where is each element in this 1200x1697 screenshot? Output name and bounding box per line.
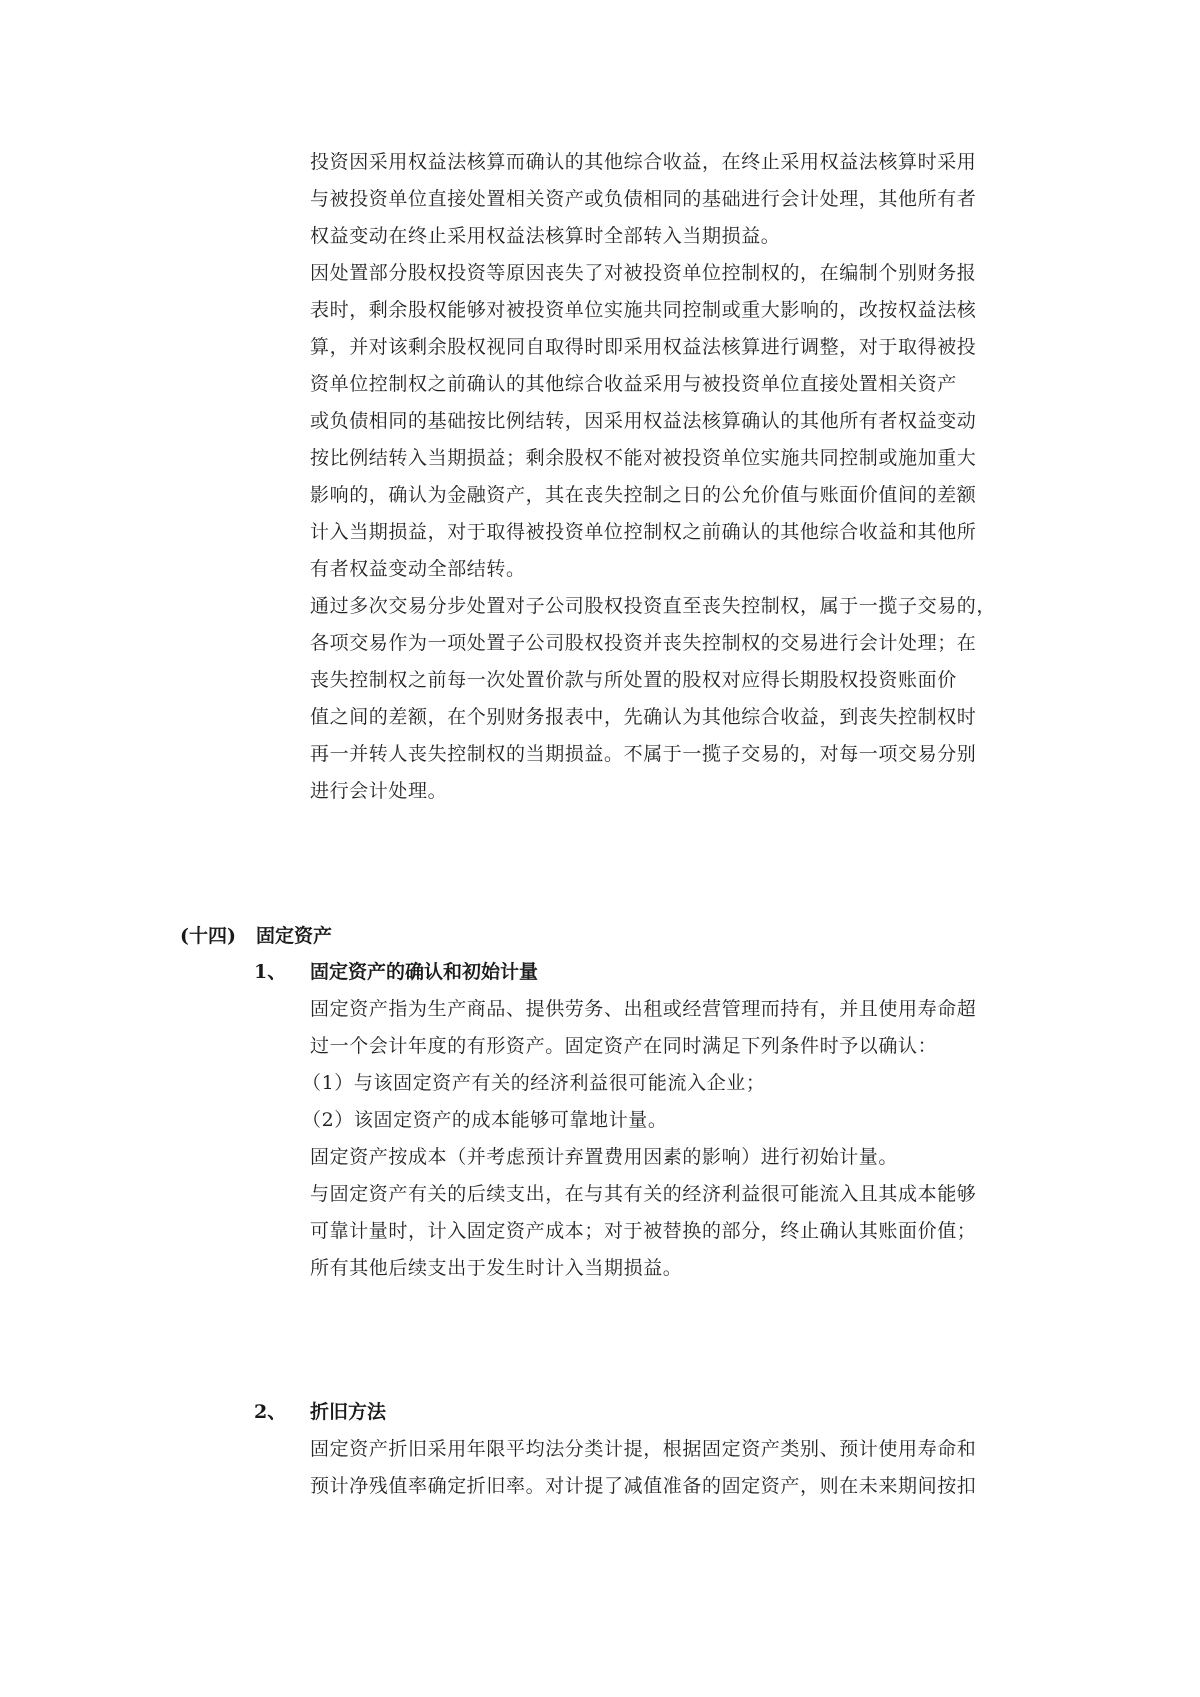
text-line: 过一个会计年度的有形资产。固定资产在同时满足下列条件时予以确认：	[310, 1034, 937, 1058]
text-line: 有者权益变动全部结转。	[310, 557, 526, 581]
subsection-number: 1、	[254, 960, 286, 984]
text-line: 通过多次交易分步处置对子公司股权投资直至丧失控制权，属于一揽子交易的，	[310, 594, 996, 618]
section-number: (十四)	[180, 924, 256, 948]
text-line: 固定资产指为生产商品、提供劳务、出租或经营管理而持有，并且使用寿命超	[310, 997, 976, 1021]
text-line: 预计净残值率确定折旧率。对计提了减值准备的固定资产，则在未来期间按扣	[310, 1474, 976, 1498]
text-line: 影响的，确认为金融资产，其在丧失控制之日的公允价值与账面价值间的差额	[310, 483, 976, 507]
text-line: 计入当期损益，对于取得被投资单位控制权之前确认的其他综合收益和其他所	[310, 520, 976, 544]
text-line: 固定资产按成本（并考虑预计弃置费用因素的影响）进行初始计量。	[310, 1145, 898, 1169]
subsection-heading-recognition: 1、 固定资产的确认和初始计量	[254, 960, 954, 984]
text-line: 与被投资单位直接处置相关资产或负债相同的基础进行会计处理，其他所有者	[310, 187, 976, 211]
list-item: （2）该固定资产的成本能够可靠地计量。	[302, 1108, 668, 1132]
text-line: 各项交易作为一项处置子公司股权投资并丧失控制权的交易进行会计处理；在	[310, 631, 976, 655]
document-page: 投资因采用权益法核算而确认的其他综合收益，在终止采用权益法核算时采用 与被投资单…	[0, 0, 1200, 1697]
text-line: 按比例结转入当期损益；剩余股权不能对被投资单位实施共同控制或施加重大	[310, 446, 976, 470]
section-heading-fixed-assets: (十四)固定资产	[180, 924, 332, 948]
section-title: 固定资产	[256, 925, 332, 947]
text-line: 资单位控制权之前确认的其他综合收益采用与被投资单位直接处置相关资产	[310, 372, 957, 396]
text-line: 权益变动在终止采用权益法核算时全部转入当期损益。	[310, 224, 780, 248]
text-line: 算，并对该剩余股权视同自取得时即采用权益法核算进行调整，对于取得被投	[310, 335, 976, 359]
text-line: 所有其他后续支出于发生时计入当期损益。	[310, 1256, 682, 1280]
list-item: （1）与该固定资产有关的经济利益很可能流入企业；	[302, 1071, 766, 1095]
text-line: 表时，剩余股权能够对被投资单位实施共同控制或重大影响的，改按权益法核	[310, 298, 976, 322]
subsection-heading-depreciation: 2、 折旧方法	[254, 1400, 954, 1424]
text-line: 与固定资产有关的后续支出，在与其有关的经济利益很可能流入且其成本能够	[310, 1182, 976, 1206]
text-line: 或负债相同的基础按比例结转，因采用权益法核算确认的其他所有者权益变动	[310, 409, 976, 433]
text-line: 因处置部分股权投资等原因丧失了对被投资单位控制权的，在编制个别财务报	[310, 261, 976, 285]
text-line: 再一并转人丧失控制权的当期损益。不属于一揽子交易的，对每一项交易分别	[310, 742, 976, 766]
text-line: 可靠计量时，计入固定资产成本；对于被替换的部分，终止确认其账面价值；	[310, 1219, 976, 1243]
subsection-title: 折旧方法	[310, 1400, 386, 1424]
text-line: 进行会计处理。	[310, 779, 447, 803]
subsection-title: 固定资产的确认和初始计量	[310, 960, 538, 984]
text-line: 丧失控制权之前每一次处置价款与所处置的股权对应得长期股权投资账面价	[310, 668, 957, 692]
subsection-number: 2、	[254, 1400, 286, 1424]
text-line: 固定资产折旧采用年限平均法分类计提，根据固定资产类别、预计使用寿命和	[310, 1437, 976, 1461]
text-line: 投资因采用权益法核算而确认的其他综合收益，在终止采用权益法核算时采用	[310, 150, 976, 174]
text-line: 值之间的差额，在个别财务报表中，先确认为其他综合收益，到丧失控制权时	[310, 705, 976, 729]
